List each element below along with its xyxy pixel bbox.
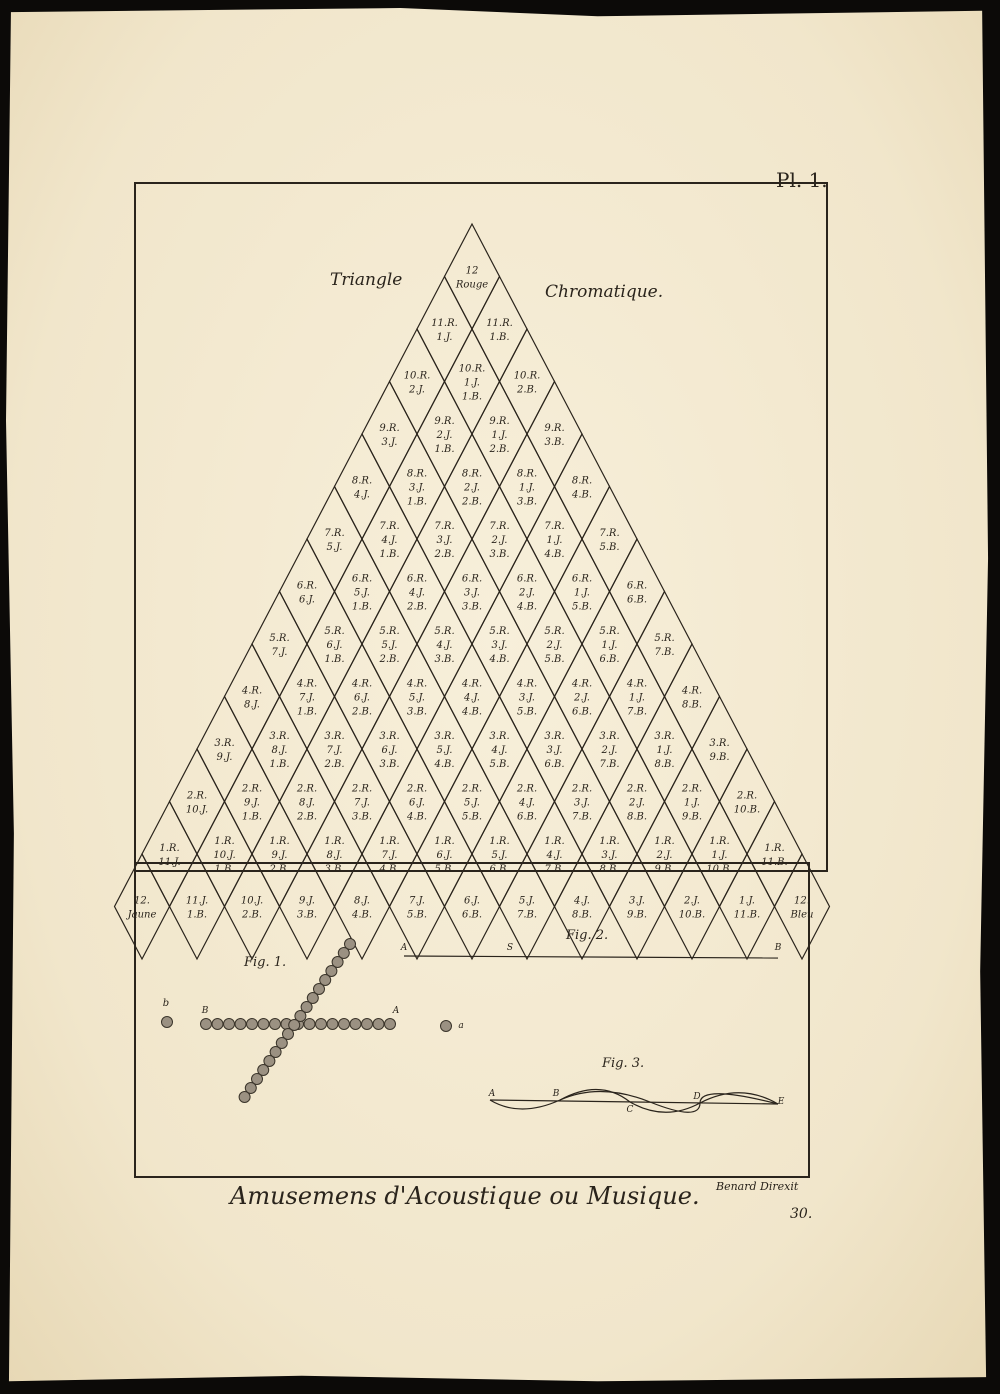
cell-label: 1.J. (629, 693, 645, 704)
cell-label: 1.J. (684, 798, 700, 809)
cell-label: 1.J. (712, 850, 728, 861)
cell-label: 2.J. (518, 588, 535, 599)
cell-label: 1.J. (574, 588, 590, 599)
bead (441, 1021, 452, 1032)
cell-label: 4.B. (571, 490, 592, 501)
cell-label: 5.B. (544, 654, 564, 665)
cell-label: 2.R. (461, 784, 482, 795)
cell-label: 7.R. (544, 521, 564, 532)
cell-label: 9.J. (244, 798, 260, 809)
cell-label: 6.R. (627, 581, 647, 592)
cell-label: 7.B. (627, 707, 647, 718)
cell-label: 1.R. (379, 836, 399, 847)
cell-label: 7.J. (382, 850, 398, 861)
cell-label: 5.J. (437, 745, 453, 756)
cell-label: 11.R. (431, 318, 458, 329)
cell-label: 8.J. (327, 850, 343, 861)
cell-label: 1.R. (159, 843, 179, 854)
cell-label: 4.B. (433, 759, 454, 770)
cell-label: 7.R. (489, 521, 509, 532)
cell-label: 1.B. (242, 812, 262, 823)
cell-label: 7.J. (409, 896, 425, 907)
bead (235, 1019, 246, 1030)
cell-label: 2.R. (241, 784, 262, 795)
cell-label: 8.R. (352, 476, 372, 487)
cell-label: 7.B. (599, 759, 619, 770)
cell-label: 1.R. (599, 836, 619, 847)
bead (316, 1019, 327, 1030)
cell-label: 1.B. (324, 654, 344, 665)
cell-label: 1.R. (489, 836, 509, 847)
cell-label: C (627, 1105, 634, 1115)
cell-label: 3.R. (599, 731, 619, 742)
bead (385, 1019, 396, 1030)
cell-label: 2.B. (323, 759, 344, 770)
cell-label: 7.R. (599, 528, 619, 539)
cell-label: 8.B. (599, 864, 619, 875)
cell-label: B (774, 943, 782, 953)
cell-label: 5.B. (572, 602, 592, 613)
cell-label: 1.R. (269, 836, 289, 847)
cell-label: 2.B. (516, 385, 537, 396)
cell-label: 3.R. (489, 731, 509, 742)
cell-label: 9.B. (654, 864, 674, 875)
cell-label: 3.B. (544, 437, 564, 448)
cell-label: 6.J. (437, 850, 453, 861)
bead (162, 1017, 173, 1028)
cell-label: 6.R. (407, 574, 427, 585)
cell-label: 6.B. (599, 654, 619, 665)
cell-label: 9.J. (272, 850, 288, 861)
cell-label: 2.B. (406, 602, 427, 613)
rhombus-cell (775, 854, 830, 959)
rhombus-cell (747, 802, 802, 907)
cell-label: 7.R. (434, 521, 454, 532)
cell-label: 3.R. (214, 738, 234, 749)
cell-label: 5.R. (654, 633, 674, 644)
cell-label: 3.B. (379, 759, 399, 770)
cell-label: 2.R. (516, 784, 537, 795)
cell-label: 7.J. (299, 693, 315, 704)
cell-label: 4.R. (626, 679, 647, 690)
cell-label: 2.J. (546, 640, 563, 651)
cell-label: 2.R. (351, 784, 372, 795)
cell-label: 2.B. (433, 549, 454, 560)
cell-label: S (507, 943, 513, 953)
cell-label: 8.J. (244, 700, 260, 711)
cell-label: 10.R. (514, 371, 541, 382)
bead (304, 1019, 315, 1030)
cell-label: 11.J. (158, 857, 180, 868)
cell-label: 8.R. (407, 469, 427, 480)
cell-label: 9.J. (217, 752, 233, 763)
cell-label: 5.J. (354, 588, 370, 599)
cell-label: E (777, 1097, 785, 1107)
cell-label: 6.B. (462, 910, 482, 921)
cell-label: 3.J. (574, 798, 590, 809)
cell-label: 7.B. (544, 864, 564, 875)
cell-label: 1.B. (269, 759, 289, 770)
cell-label: 1.J. (519, 483, 535, 494)
cell-label: 8.J. (272, 745, 288, 756)
cell-label: B (552, 1089, 560, 1099)
cell-label: 4.B. (351, 910, 372, 921)
cell-label: 7.R. (379, 521, 399, 532)
cell-label: 10.J. (241, 896, 263, 907)
cell-label: 9.B. (709, 752, 729, 763)
cell-label: 1.J. (547, 535, 563, 546)
cell-label: 8.R. (572, 476, 592, 487)
cell-label: 6.R. (517, 574, 537, 585)
cell-label: 4.J. (491, 745, 508, 756)
cell-label: 5.R. (379, 626, 399, 637)
cell-label: 7.B. (572, 812, 592, 823)
cell-label: 3.R. (379, 731, 399, 742)
cell-label: 3.J. (437, 535, 453, 546)
cell-label: 5.B. (434, 864, 454, 875)
cell-label: 2.J. (628, 798, 645, 809)
cell-label: 6.B. (544, 759, 564, 770)
rhombus-cell (115, 854, 170, 959)
cell-label: 5.J. (464, 798, 480, 809)
cell-label: a (458, 1021, 463, 1031)
cell-label: 3.R. (709, 738, 729, 749)
cell-label: 2.B. (268, 864, 289, 875)
cell-label: 5.J. (492, 850, 508, 861)
cell-label: 1.B. (214, 864, 234, 875)
cell-label: 8.R. (462, 469, 482, 480)
cell-label: 4.J. (353, 490, 370, 501)
cell-label: 8.J. (299, 798, 315, 809)
cell-label: 3.J. (409, 483, 425, 494)
cell-label: 9.R. (544, 423, 564, 434)
cell-label: 11.B. (761, 857, 787, 868)
cell-label: 9.R. (489, 416, 509, 427)
cell-label: 3.R. (654, 731, 674, 742)
cell-label: 6.J. (409, 798, 425, 809)
bead (224, 1019, 235, 1030)
cell-label: 5.B. (489, 759, 509, 770)
cell-label: 4.J. (518, 798, 535, 809)
cell-label: 1.R. (214, 836, 234, 847)
cell-label: 4.J. (546, 850, 563, 861)
cell-label: 2.J. (491, 535, 508, 546)
cell-label: 1.J. (657, 745, 673, 756)
cell-label: 2.B. (488, 444, 509, 455)
cell-label: 4.R. (516, 679, 537, 690)
cell-label: 3.R. (269, 731, 289, 742)
cell-label: 4.J. (573, 896, 590, 907)
cell-label: 6.J. (327, 640, 343, 651)
cell-label: 3.B. (297, 910, 317, 921)
cell-label: 5.J. (409, 693, 425, 704)
cell-label: 2.J. (408, 385, 425, 396)
cell-label: 7.B. (517, 910, 537, 921)
cell-label: A (488, 1089, 496, 1099)
cell-label: A (400, 943, 408, 953)
cell-label: 1.R. (764, 843, 784, 854)
cell-label: 8.J. (354, 896, 370, 907)
rhombus-cell (142, 802, 197, 907)
cell-label: 5.J. (519, 896, 535, 907)
plate-page: Pl. 1. Triangle Chromatique. Amusemens d… (0, 0, 1000, 1394)
cell-label: 3.B. (462, 602, 482, 613)
cell-label: 4.R. (681, 686, 702, 697)
cell-label: 7.J. (327, 745, 343, 756)
cell-label: 1.B. (434, 444, 454, 455)
cell-label: 2.B. (296, 812, 317, 823)
cell-label: 6.J. (354, 693, 370, 704)
cell-label: 5.J. (382, 640, 398, 651)
engraving-drawing: 12Rouge11.R.1.J.11.R.1.B.10.R.2.J.10.R.1… (0, 0, 1000, 1394)
cell-label: 9.B. (682, 812, 702, 823)
cell-label: 5.B. (517, 707, 537, 718)
cell-label: A (392, 1006, 400, 1016)
cell-label: 5.R. (489, 626, 509, 637)
cell-label: 1.B. (379, 549, 399, 560)
cell-label: 3.R. (434, 731, 454, 742)
cell-label: 10.B. (679, 910, 705, 921)
cell-label: 9.R. (434, 416, 454, 427)
cell-label: 4.B. (516, 602, 537, 613)
cell-label: 6.R. (297, 581, 317, 592)
cell-label: 2.R. (626, 784, 647, 795)
cell-label: 12. (794, 896, 810, 907)
cell-label: 2.R. (571, 784, 592, 795)
cell-label: 11.B. (734, 910, 760, 921)
cell-label: 2.R. (406, 784, 427, 795)
cell-label: 1.R. (324, 836, 344, 847)
cell-label: 4.B. (406, 812, 427, 823)
cell-label: 10.B. (734, 805, 760, 816)
cell-label: 3.B. (489, 549, 509, 560)
cell-label: b (163, 998, 169, 1009)
cell-label: 7.B. (654, 647, 674, 658)
cell-label: 5.R. (269, 633, 289, 644)
cell-label: 1.B. (297, 707, 317, 718)
bead (247, 1019, 258, 1030)
cell-label: 6.R. (572, 574, 592, 585)
cell-label: 8.B. (654, 759, 674, 770)
cell-label: 5.R. (324, 626, 344, 637)
cell-label: 2.R. (736, 791, 757, 802)
cell-label: 3.J. (602, 850, 618, 861)
cell-label: 10.R. (404, 371, 431, 382)
cell-label: 2.J. (573, 693, 590, 704)
cell-label: 3.R. (324, 731, 344, 742)
cell-label: 4.J. (381, 535, 398, 546)
cell-label: 4.R. (461, 679, 482, 690)
cell-label: 4.B. (461, 707, 482, 718)
cell-label: 4.B. (543, 549, 564, 560)
bead (350, 1019, 361, 1030)
cell-label: 1.J. (739, 896, 755, 907)
cell-label: 4.R. (296, 679, 317, 690)
cell-label: 4.B. (378, 864, 399, 875)
cell-label: 6.R. (462, 574, 482, 585)
cell-label: 2.B. (378, 654, 399, 665)
cell-label: 11.R. (486, 318, 513, 329)
cell-label: 1.R. (709, 836, 729, 847)
cell-label: 10.R. (459, 364, 486, 375)
cell-label: 2.B. (351, 707, 372, 718)
cell-label: 2.J. (463, 483, 480, 494)
cell-label: 3.R. (544, 731, 564, 742)
cell-label: 12 (466, 266, 479, 277)
cell-label: 3.J. (464, 588, 480, 599)
bead (239, 1092, 250, 1103)
bead (327, 1019, 338, 1030)
cell-label: 8.R. (517, 469, 537, 480)
cell-label: 1.B. (187, 910, 207, 921)
cell-label: 6.J. (382, 745, 398, 756)
cell-label: 9.B. (627, 910, 647, 921)
cell-label: 3.J. (629, 896, 645, 907)
cell-label: 4.R. (571, 679, 592, 690)
cell-label: 7.R. (324, 528, 344, 539)
cell-label: 7.J. (354, 798, 370, 809)
cell-label: 6.B. (572, 707, 592, 718)
cell-label: 1.B. (489, 332, 509, 343)
bead (270, 1019, 281, 1030)
cell-label: 2.J. (436, 430, 453, 441)
cell-label: 3.J. (519, 693, 535, 704)
cell-label: 4.B. (488, 654, 509, 665)
cell-label: 5.B. (462, 812, 482, 823)
cell-label: 1.R. (654, 836, 674, 847)
cell-label: 2.B. (241, 910, 262, 921)
cell-label: B (201, 1006, 209, 1016)
cell-label: 1.J. (492, 430, 508, 441)
cell-label: 2.B. (461, 497, 482, 508)
cell-label: 6.R. (352, 574, 372, 585)
cell-label: 5.R. (599, 626, 619, 637)
cell-label: 3.B. (407, 707, 427, 718)
cell-label: 11.J. (186, 896, 208, 907)
cell-label: 1.J. (437, 332, 453, 343)
bead (362, 1019, 373, 1030)
cell-label: 2.R. (186, 791, 207, 802)
cell-label: 1.B. (407, 497, 427, 508)
cell-label: 4.J. (463, 693, 480, 704)
bead (339, 1019, 350, 1030)
cell-label: 2.R. (296, 784, 317, 795)
cell-label: D (692, 1092, 700, 1102)
cell-label: 1.B. (352, 602, 372, 613)
cell-label: 12. (134, 896, 150, 907)
cell-label: 3.B. (434, 654, 454, 665)
cell-label: 3.B. (324, 864, 344, 875)
cell-label: 9.R. (379, 423, 399, 434)
cell-label: 2.J. (683, 896, 700, 907)
cell-label: 2.R. (681, 784, 702, 795)
cell-label: 10.J. (213, 850, 235, 861)
cell-label: 2.J. (601, 745, 618, 756)
cell-label: 5.B. (599, 542, 619, 553)
cell-label: 7.J. (272, 647, 288, 658)
cell-label: 10.J. (186, 805, 208, 816)
rhombus-cell (445, 224, 500, 329)
cell-label: 1.J. (602, 640, 618, 651)
cell-label: 6.B. (489, 864, 509, 875)
cell-label: Bleu (790, 910, 814, 921)
bead (258, 1019, 269, 1030)
bead (373, 1019, 384, 1030)
bead (212, 1019, 223, 1030)
cell-label: 5.R. (434, 626, 454, 637)
cell-label: 6.J. (464, 896, 480, 907)
cell-label: 4.J. (408, 588, 425, 599)
cell-label: 5.B. (407, 910, 427, 921)
cell-label: 8.B. (572, 910, 592, 921)
cell-label: 3.J. (492, 640, 508, 651)
cell-label: 3.J. (547, 745, 563, 756)
bead (201, 1019, 212, 1030)
cell-label: 5.J. (327, 542, 343, 553)
cell-label: 3.J. (382, 437, 398, 448)
cell-label: 6.B. (517, 812, 537, 823)
cell-label: Jaune (126, 910, 157, 921)
cell-label: 2.J. (656, 850, 673, 861)
cell-label: 6.J. (299, 595, 315, 606)
cell-label: 10.B. (706, 864, 732, 875)
cell-label: 1.J. (464, 378, 480, 389)
cell-label: 9.J. (299, 896, 315, 907)
cell-label: 5.R. (544, 626, 564, 637)
cell-label: 4.R. (241, 686, 262, 697)
cell-label: 4.R. (351, 679, 372, 690)
cell-label: 4.R. (406, 679, 427, 690)
cell-label: 1.B. (462, 392, 482, 403)
cell-label: 1.R. (434, 836, 454, 847)
cell-label: 6.B. (627, 595, 647, 606)
cell-label: Rouge (455, 280, 488, 291)
cell-label: 1.R. (544, 836, 564, 847)
cell-label: 3.B. (352, 812, 372, 823)
cell-label: 3.B. (517, 497, 537, 508)
cell-label: 8.B. (627, 812, 647, 823)
cell-label: 8.B. (682, 700, 702, 711)
cell-label: 4.J. (436, 640, 453, 651)
